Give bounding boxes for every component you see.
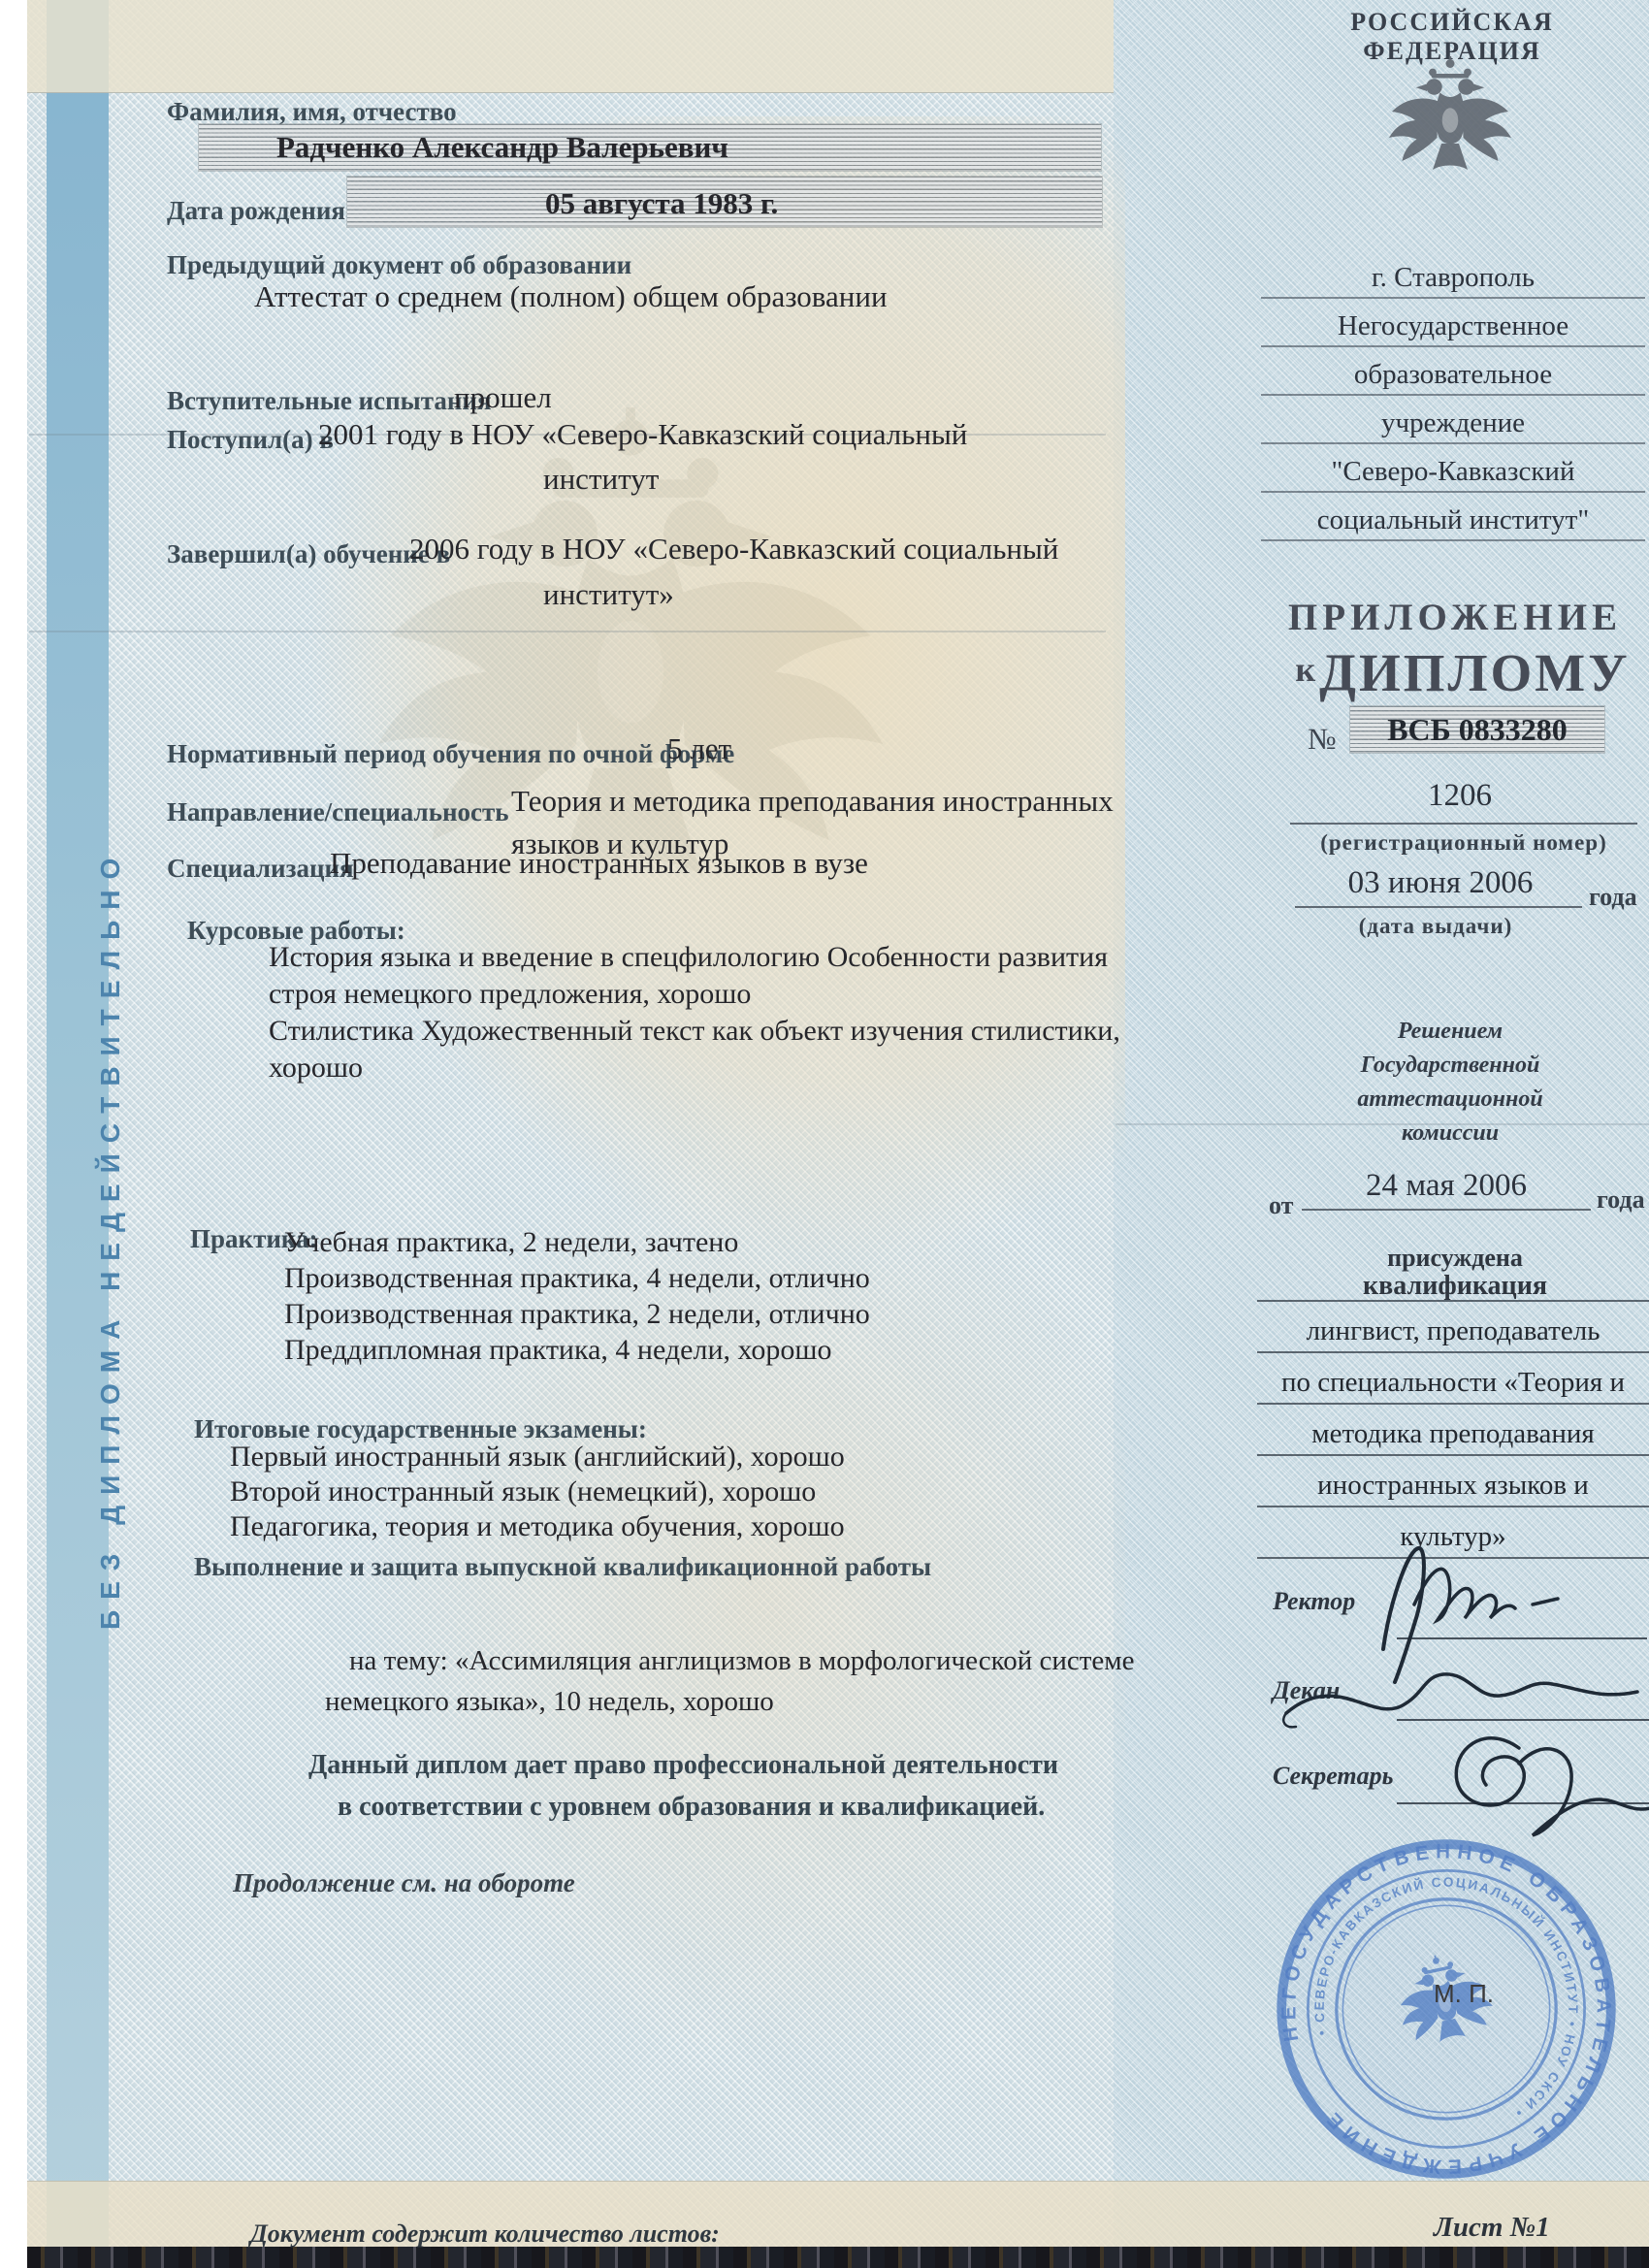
- exam-item: Педагогика, теория и методика обучения, …: [230, 1509, 845, 1544]
- entrance-label: Вступительные испытания: [167, 386, 492, 416]
- awarded-line1: присуждена: [1309, 1244, 1600, 1273]
- from-label: от: [1269, 1191, 1293, 1220]
- qualification-block: лингвист, преподаватель по специальности…: [1257, 1300, 1649, 1559]
- institution-row: учреждение: [1261, 396, 1645, 444]
- prev-doc-label: Предыдущий документ об образовании: [167, 250, 631, 280]
- issue-date-rule: [1295, 906, 1582, 908]
- thesis-line1: на тему: «Ассимиляция англицизмов в морф…: [349, 1645, 1135, 1677]
- number-sign: №: [1308, 722, 1337, 757]
- specialization-label: Специализация: [167, 854, 354, 884]
- practice-list: Учебная практика, 2 недели, зачтено Прои…: [284, 1224, 870, 1368]
- dob-label: Дата рождения: [167, 196, 345, 226]
- coursework-list: История языка и введение в спецфилологию…: [269, 939, 1120, 1086]
- awarded-line2: квалификация: [1309, 1271, 1600, 1302]
- issue-caption: (дата выдачи): [1290, 914, 1581, 939]
- period-label: Нормативный период обучения по очной фор…: [167, 739, 734, 769]
- reg-number-rule: [1290, 823, 1637, 825]
- thesis-line2: немецкого языка», 10 недель, хорошо: [325, 1686, 774, 1718]
- prev-doc-value: Аттестат о среднем (полном) общем образо…: [254, 279, 888, 314]
- commission-decision-block: Решением Государственной аттестационной …: [1290, 1015, 1610, 1150]
- reg-number: 1206: [1300, 778, 1620, 814]
- statement-line2: в соответствии с уровнем образования и к…: [338, 1792, 1045, 1823]
- thesis-label: Выполнение и защита выпускной квалификац…: [194, 1552, 931, 1582]
- supplement-title-line2: к ДИПЛОМУ: [1278, 642, 1647, 703]
- institution-row: Негосударственное: [1261, 299, 1645, 347]
- vertical-watermark-text: БЕЗ ДИПЛОМА НЕДЕЙСТВИТЕЛЬНО: [95, 504, 126, 1630]
- practice-item: Производственная практика, 4 недели, отл…: [284, 1260, 870, 1296]
- reg-caption: (регистрационный номер): [1290, 830, 1637, 856]
- exams-list: Первый иностранный язык (английский), хо…: [230, 1440, 845, 1544]
- finished-line1: 2006 году в НОУ «Северо-Кавказский социа…: [409, 532, 1058, 567]
- stamp-mp-mark: М. П.: [1434, 1979, 1494, 2009]
- qualification-row: иностранных языков и: [1257, 1456, 1649, 1507]
- institution-row: "Северо-Кавказский: [1261, 444, 1645, 493]
- sheet-number: Лист №1: [1434, 2212, 1550, 2244]
- institution-row: социальный институт": [1261, 493, 1645, 541]
- decision-line: Решением: [1290, 1015, 1610, 1049]
- continuation-note: Продолжение см. на обороте: [233, 1868, 575, 1898]
- enrolled-label: Поступил(а) в: [167, 425, 334, 455]
- direction-line1: Теория и методика преподавания иностранн…: [511, 784, 1114, 819]
- scanner-edge: [27, 2247, 1649, 2268]
- decision-line: Государственной: [1290, 1049, 1610, 1083]
- statement-line1: Данный диплом дает право профессионально…: [308, 1750, 1058, 1781]
- decision-line: аттестационной: [1290, 1083, 1610, 1117]
- direction-label: Направление/специальность: [167, 797, 509, 827]
- decision-date-rule: [1302, 1209, 1591, 1211]
- enrolled-line2: институт: [543, 462, 659, 497]
- practice-item: Преддипломная практика, 4 недели, хорошо: [284, 1332, 870, 1368]
- practice-item: Учебная практика, 2 недели, зачтено: [284, 1224, 870, 1260]
- supplement-title-line1: ПРИЛОЖЕНИЕ: [1271, 596, 1639, 639]
- finished-label: Завершил(а) обучение в: [167, 539, 450, 569]
- qualification-row: по специальности «Теория и: [1257, 1353, 1649, 1405]
- round-seal-icon: НЕГОСУДАРСТВЕННОЕ ОБРАЗОВАТЕЛЬНОЕ УЧРЕЖД…: [1234, 1797, 1649, 2222]
- exam-item: Второй иностранный язык (немецкий), хоро…: [230, 1474, 845, 1509]
- top-edge-band: [27, 0, 1114, 93]
- coursework-line: строя немецкого предложения, хорошо: [269, 976, 1120, 1013]
- institution-block: г. Ставрополь Негосударственное образова…: [1261, 250, 1645, 541]
- coursework-line: хорошо: [269, 1050, 1120, 1086]
- coursework-line: Стилистика Художественный текст как объе…: [269, 1013, 1120, 1050]
- issue-year-suffix: года: [1589, 883, 1637, 912]
- specialization-value: Преподавание иностранных языков в вузе: [330, 846, 868, 881]
- qualification-row: лингвист, преподаватель: [1257, 1302, 1649, 1353]
- dob-value: 05 августа 1983 г.: [545, 186, 778, 221]
- title-diploma: ДИПЛОМУ: [1319, 643, 1630, 702]
- exam-item: Первый иностранный язык (английский), хо…: [230, 1440, 845, 1474]
- issue-date: 03 июня 2006: [1295, 865, 1586, 901]
- entrance-value: прошел: [454, 380, 552, 415]
- institution-row: г. Ставрополь: [1261, 250, 1645, 299]
- fio-value: Радченко Александр Валерьевич: [276, 130, 728, 165]
- period-value: 5 лет: [667, 731, 731, 766]
- institution-row: образовательное: [1261, 347, 1645, 396]
- finished-line2: институт»: [543, 577, 674, 612]
- enrolled-line1: 2001 году в НОУ «Северо-Кавказский социа…: [318, 417, 967, 452]
- fio-label: Фамилия, имя, отчество: [167, 97, 457, 127]
- scanned-diploma-supplement: БЕЗ ДИПЛОМА НЕДЕЙСТВИТЕЛЬНО Фамилия, имя…: [0, 0, 1649, 2268]
- qualification-row: методика преподавания: [1257, 1405, 1649, 1456]
- sheets-count-label: Документ содержит количество листов:: [250, 2219, 720, 2249]
- coat-of-arms-double-eagle-icon: [1377, 56, 1523, 190]
- secretary-label: Секретарь: [1273, 1762, 1394, 1791]
- decision-year-suffix: года: [1597, 1185, 1645, 1215]
- decision-date: 24 мая 2006: [1302, 1168, 1591, 1204]
- country-name-line1: РОССИЙСКАЯ: [1311, 8, 1593, 37]
- number-value: ВСБ 0833280: [1350, 712, 1604, 748]
- decision-line: комиссии: [1290, 1117, 1610, 1150]
- title-k: к: [1295, 650, 1315, 689]
- practice-item: Производственная практика, 2 недели, отл…: [284, 1296, 870, 1332]
- coursework-line: История языка и введение в спецфилологию…: [269, 939, 1120, 976]
- rector-label: Ректор: [1273, 1587, 1355, 1616]
